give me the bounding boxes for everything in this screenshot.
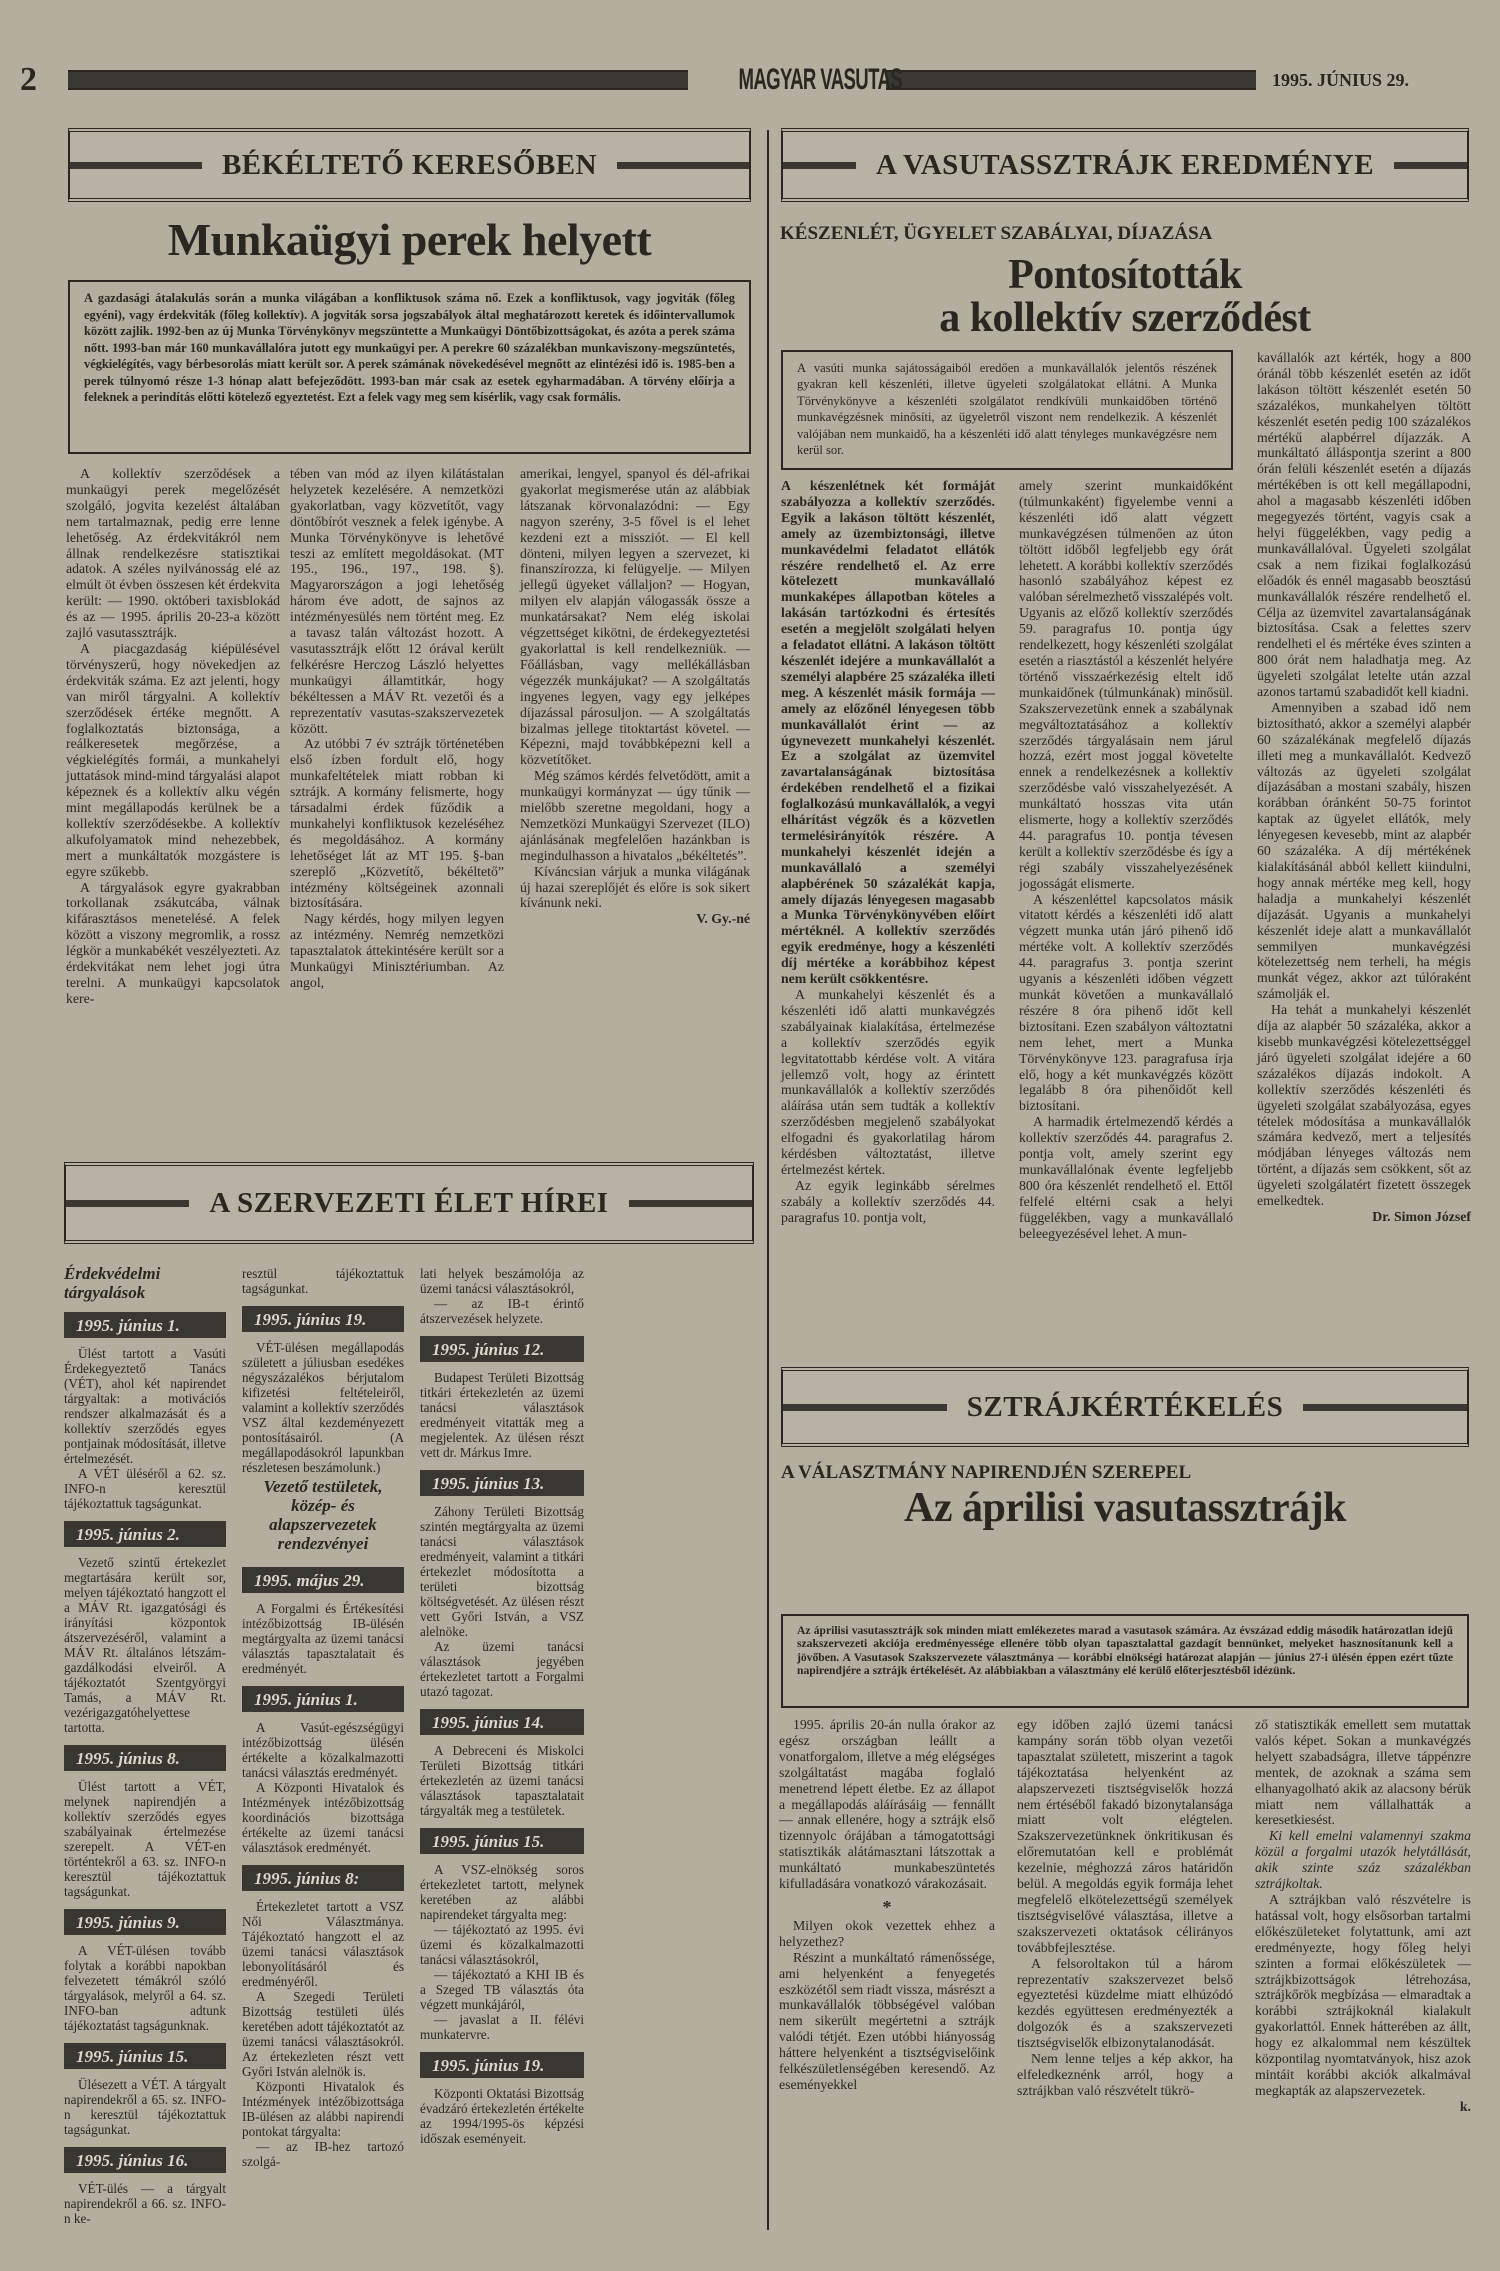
date-heading: 1995. június 15.	[420, 1828, 584, 1854]
paragraph: Az utóbbi 7 év sztrájk történetében első…	[290, 736, 504, 911]
masthead-bar-left	[68, 70, 688, 90]
kicker-keszenlet: KÉSZENLÉT, ÜGYELET SZABÁLYAI, DÍJAZÁSA	[780, 223, 1212, 245]
paragraph: Záhony Területi Bizottság szintén megtár…	[420, 1504, 584, 1639]
article4-column-2: egy időben zajló üzemi tanácsi kampány s…	[1017, 1717, 1233, 2099]
paragraph: A kollektív szerződések a munkaügyi pere…	[66, 466, 280, 641]
section-title: SZTRÁJKÉRTÉKELÉS	[947, 1391, 1303, 1424]
paragraph: Kíváncsian várjuk a munka világának új h…	[520, 864, 750, 912]
paragraph: amely szerint munkaidőként (túlmunkaként…	[1019, 478, 1233, 892]
author-signature: Dr. Simon József	[1257, 1209, 1471, 1225]
paragraph: A sztrájkban való részvételre is hatássa…	[1255, 1892, 1471, 2099]
paragraph: — tájékoztató az 1995. évi üzemi és köza…	[420, 1922, 584, 1967]
subhead-erdekvedelmi: Érdekvédelmi tárgyalások	[64, 1264, 226, 1302]
newspaper-title: MAGYAR VASUTAS	[739, 63, 832, 97]
paragraph: A Forgalmi és Értékesítési intézőbizotts…	[242, 1601, 404, 1676]
paragraph: A készenléttel kapcsolatos másik vitatot…	[1019, 892, 1233, 1115]
section-banner-vasutassztrajk: A VASUTASSZTRÁJK EREDMÉNYE	[781, 128, 1469, 202]
headline-pontositottak: Pontosították a kollektív szerződést	[781, 254, 1469, 340]
paragraph: resztül tájékoztattuk tagságunkat.	[242, 1266, 404, 1296]
masthead: 2 MAGYAR VASUTAS 1995. JÚNIUS 29.	[20, 60, 1480, 100]
section-banner-bekelteto: BÉKÉLTETŐ KERESŐBEN	[68, 128, 751, 202]
issue-date: 1995. JÚNIUS 29.	[1272, 70, 1409, 91]
paragraph: lati helyek beszámolója az üzemi tanácsi…	[420, 1266, 584, 1296]
paragraph: — javaslat a II. félévi munkatervre.	[420, 2012, 584, 2042]
paragraph: Ülésezett a VÉT. A tárgyalt napirendekrő…	[64, 2077, 226, 2137]
lead-box-aprilisi: Az áprilisi vasutassztrájk sok minden mi…	[781, 1614, 1469, 1708]
paragraph: A Szegedi Területi Bizottság testületi ü…	[242, 1989, 404, 2079]
paragraph: Ki kell emelni valamennyi szakma közül a…	[1255, 1828, 1471, 1892]
paragraph: A VÉT-ülésen tovább folytak a korábbi na…	[64, 1943, 226, 2033]
paragraph: Ülést tartott a Vasúti Érdekegyeztető Ta…	[64, 1346, 226, 1466]
paragraph: Ha tehát a munkahelyi készenlét díja az …	[1257, 1002, 1471, 1209]
paragraph: Nagy kérdés, hogy milyen legyen az intéz…	[290, 911, 504, 991]
section-title: A SZERVEZETI ÉLET HÍREI	[189, 1187, 628, 1220]
paragraph: A munkahelyi készenlét és a készenléti i…	[781, 987, 995, 1178]
paragraph: — az IB-hez tartozó szolgá-	[242, 2139, 404, 2169]
paragraph: amerikai, lengyel, spanyol és dél-afrika…	[520, 466, 750, 768]
article3-column-1: A készenlétnek két formáját szabályozza …	[781, 478, 995, 1226]
paragraph: Nem lenne teljes a kép akkor, ha elfeled…	[1017, 2051, 1233, 2099]
paragraph: — tájékoztató a KHI IB és a Szeged TB vá…	[420, 1967, 584, 2012]
paragraph: A Debreceni és Miskolci Területi Bizotts…	[420, 1743, 584, 1818]
paragraph: A tárgyalások egyre gyakrabban torkollan…	[66, 880, 280, 1007]
paragraph: Értekezletet tartott a VSZ Női Választmá…	[242, 1899, 404, 1989]
article3-column-3: kavállalók azt kérték, hogy a 800 óránál…	[1257, 350, 1471, 1225]
paragraph: Vezető szintű értekezlet megtartására ke…	[64, 1555, 226, 1735]
page-number: 2	[20, 61, 60, 99]
paragraph: VÉT-ülés — a tárgyalt napirendekről a 66…	[64, 2181, 226, 2226]
headline-line: Pontosították	[781, 254, 1469, 297]
date-heading: 1995. június 14.	[420, 1709, 584, 1735]
headline-line: a kollektív szerződést	[781, 297, 1469, 340]
paragraph: Még számos kérdés felvetődött, amit a mu…	[520, 768, 750, 863]
article4-column-1: 1995. április 20-án nulla órakor az egés…	[779, 1717, 995, 2093]
date-heading: 1995. június 16.	[64, 2147, 226, 2173]
paragraph: A VÉT üléséről a 62. sz. INFO-n keresztü…	[64, 1466, 226, 1511]
news-column-2: resztül tájékoztattuk tagságunkat. 1995.…	[242, 1266, 404, 2169]
date-heading: 1995. június 8.	[64, 1745, 226, 1771]
date-heading: 1995. június 2.	[64, 1521, 226, 1547]
article4-column-3: ző statisztikák emellett sem mutattak va…	[1255, 1717, 1471, 2115]
headline-munkaugyi: Munkaügyi perek helyett	[68, 217, 751, 264]
section-banner-sztrajkertekeles: SZTRÁJKÉRTÉKELÉS	[781, 1367, 1469, 1447]
section-title: BÉKÉLTETŐ KERESŐBEN	[202, 149, 617, 182]
paragraph: Az üzemi tanácsi választások jegyében ér…	[420, 1639, 584, 1699]
lead-box-munkaugyi: A gazdasági átalakulás során a munka vil…	[68, 280, 751, 454]
headline-aprilisi: Az áprilisi vasutassztrájk	[781, 1487, 1469, 1530]
paragraph: Az egyik leginkább sérelmes szabály a ko…	[781, 1178, 995, 1226]
lead-box-keszenlet: A vasúti munka sajátosságaiból eredően a…	[781, 350, 1233, 470]
paragraph: ző statisztikák emellett sem mutattak va…	[1255, 1717, 1471, 1828]
paragraph: Milyen okok vezettek ehhez a helyzethez?	[779, 1918, 995, 1950]
paragraph: Részint a munkáltató rámenőssége, ami he…	[779, 1950, 995, 2093]
date-heading: 1995. június 19.	[242, 1306, 404, 1332]
date-heading: 1995. június 1.	[64, 1312, 226, 1338]
news-column-1: Érdekvédelmi tárgyalások 1995. június 1.…	[64, 1262, 226, 2226]
news-column-3: lati helyek beszámolója az üzemi tanácsi…	[420, 1266, 584, 2146]
newspaper-page: 2 MAGYAR VASUTAS 1995. JÚNIUS 29. BÉKÉLT…	[0, 0, 1500, 2271]
date-heading: 1995. június 12.	[420, 1336, 584, 1362]
paragraph: A harmadik értelmezendő kérdés a kollekt…	[1019, 1114, 1233, 1241]
article1-column-1: A kollektív szerződések a munkaügyi pere…	[66, 466, 280, 1007]
date-heading: 1995. június 8:	[242, 1865, 404, 1891]
paragraph: A Vasút-egészségügyi intézőbizottság ülé…	[242, 1720, 404, 1780]
paragraph: tében van mód az ilyen kilátástalan hely…	[290, 466, 504, 736]
paragraph: Központi Oktatási Bizottság évadzáró ért…	[420, 2086, 584, 2146]
paragraph: Központi Hivatalok és Intézmények intéző…	[242, 2079, 404, 2139]
paragraph: Ülést tartott a VÉT, melynek napirendjén…	[64, 1779, 226, 1899]
paragraph: Budapest Területi Bizottság titkári érte…	[420, 1370, 584, 1460]
date-heading: 1995. június 9.	[64, 1909, 226, 1935]
date-heading: 1995. június 19.	[420, 2052, 584, 2078]
author-signature: k.	[1255, 2099, 1471, 2115]
paragraph: A piacgazdaság kiépülésével törvényszerű…	[66, 641, 280, 880]
section-banner-szervezeti: A SZERVEZETI ÉLET HÍREI	[64, 1162, 754, 1244]
paragraph: 1995. április 20-án nulla órakor az egés…	[779, 1717, 995, 1892]
date-heading: 1995. május 29.	[242, 1567, 404, 1593]
paragraph: VÉT-ülésen megállapodás született a júli…	[242, 1340, 404, 1475]
center-divider	[767, 130, 769, 2230]
paragraph: kavállalók azt kérték, hogy a 800 óránál…	[1257, 350, 1471, 700]
section-title: A VASUTASSZTRÁJK EREDMÉNYE	[856, 149, 1394, 182]
date-heading: 1995. június 13.	[420, 1470, 584, 1496]
date-heading: 1995. június 15.	[64, 2043, 226, 2069]
paragraph: A felsoroltakon túl a három reprezentatí…	[1017, 1956, 1233, 2051]
author-signature: V. Gy.-né	[520, 911, 750, 927]
separator-star: *	[779, 1900, 995, 1916]
paragraph: A készenlétnek két formáját szabályozza …	[781, 478, 995, 987]
article1-column-2: tében van mód az ilyen kilátástalan hely…	[290, 466, 504, 991]
date-heading: 1995. június 1.	[242, 1686, 404, 1712]
kicker-valasztmany: A VÁLASZTMÁNY NAPIRENDJÉN SZEREPEL	[781, 1462, 1191, 1484]
paragraph: Amennyiben a szabad idő nem biztosítható…	[1257, 700, 1471, 1002]
masthead-bar-right	[886, 70, 1256, 90]
paragraph: A VSZ-elnökség soros értekezletet tartot…	[420, 1862, 584, 1922]
paragraph: — az IB-t érintő átszervezések helyzete.	[420, 1296, 584, 1326]
paragraph: A Központi Hivatalok és Intézmények inté…	[242, 1780, 404, 1855]
article1-column-3: amerikai, lengyel, spanyol és dél-afrika…	[520, 466, 750, 927]
paragraph: egy időben zajló üzemi tanácsi kampány s…	[1017, 1717, 1233, 1956]
subhead-vezeto-testuletek: Vezető testületek, közép- és alapszervez…	[242, 1477, 404, 1553]
article3-column-2: amely szerint munkaidőként (túlmunkaként…	[1019, 478, 1233, 1242]
